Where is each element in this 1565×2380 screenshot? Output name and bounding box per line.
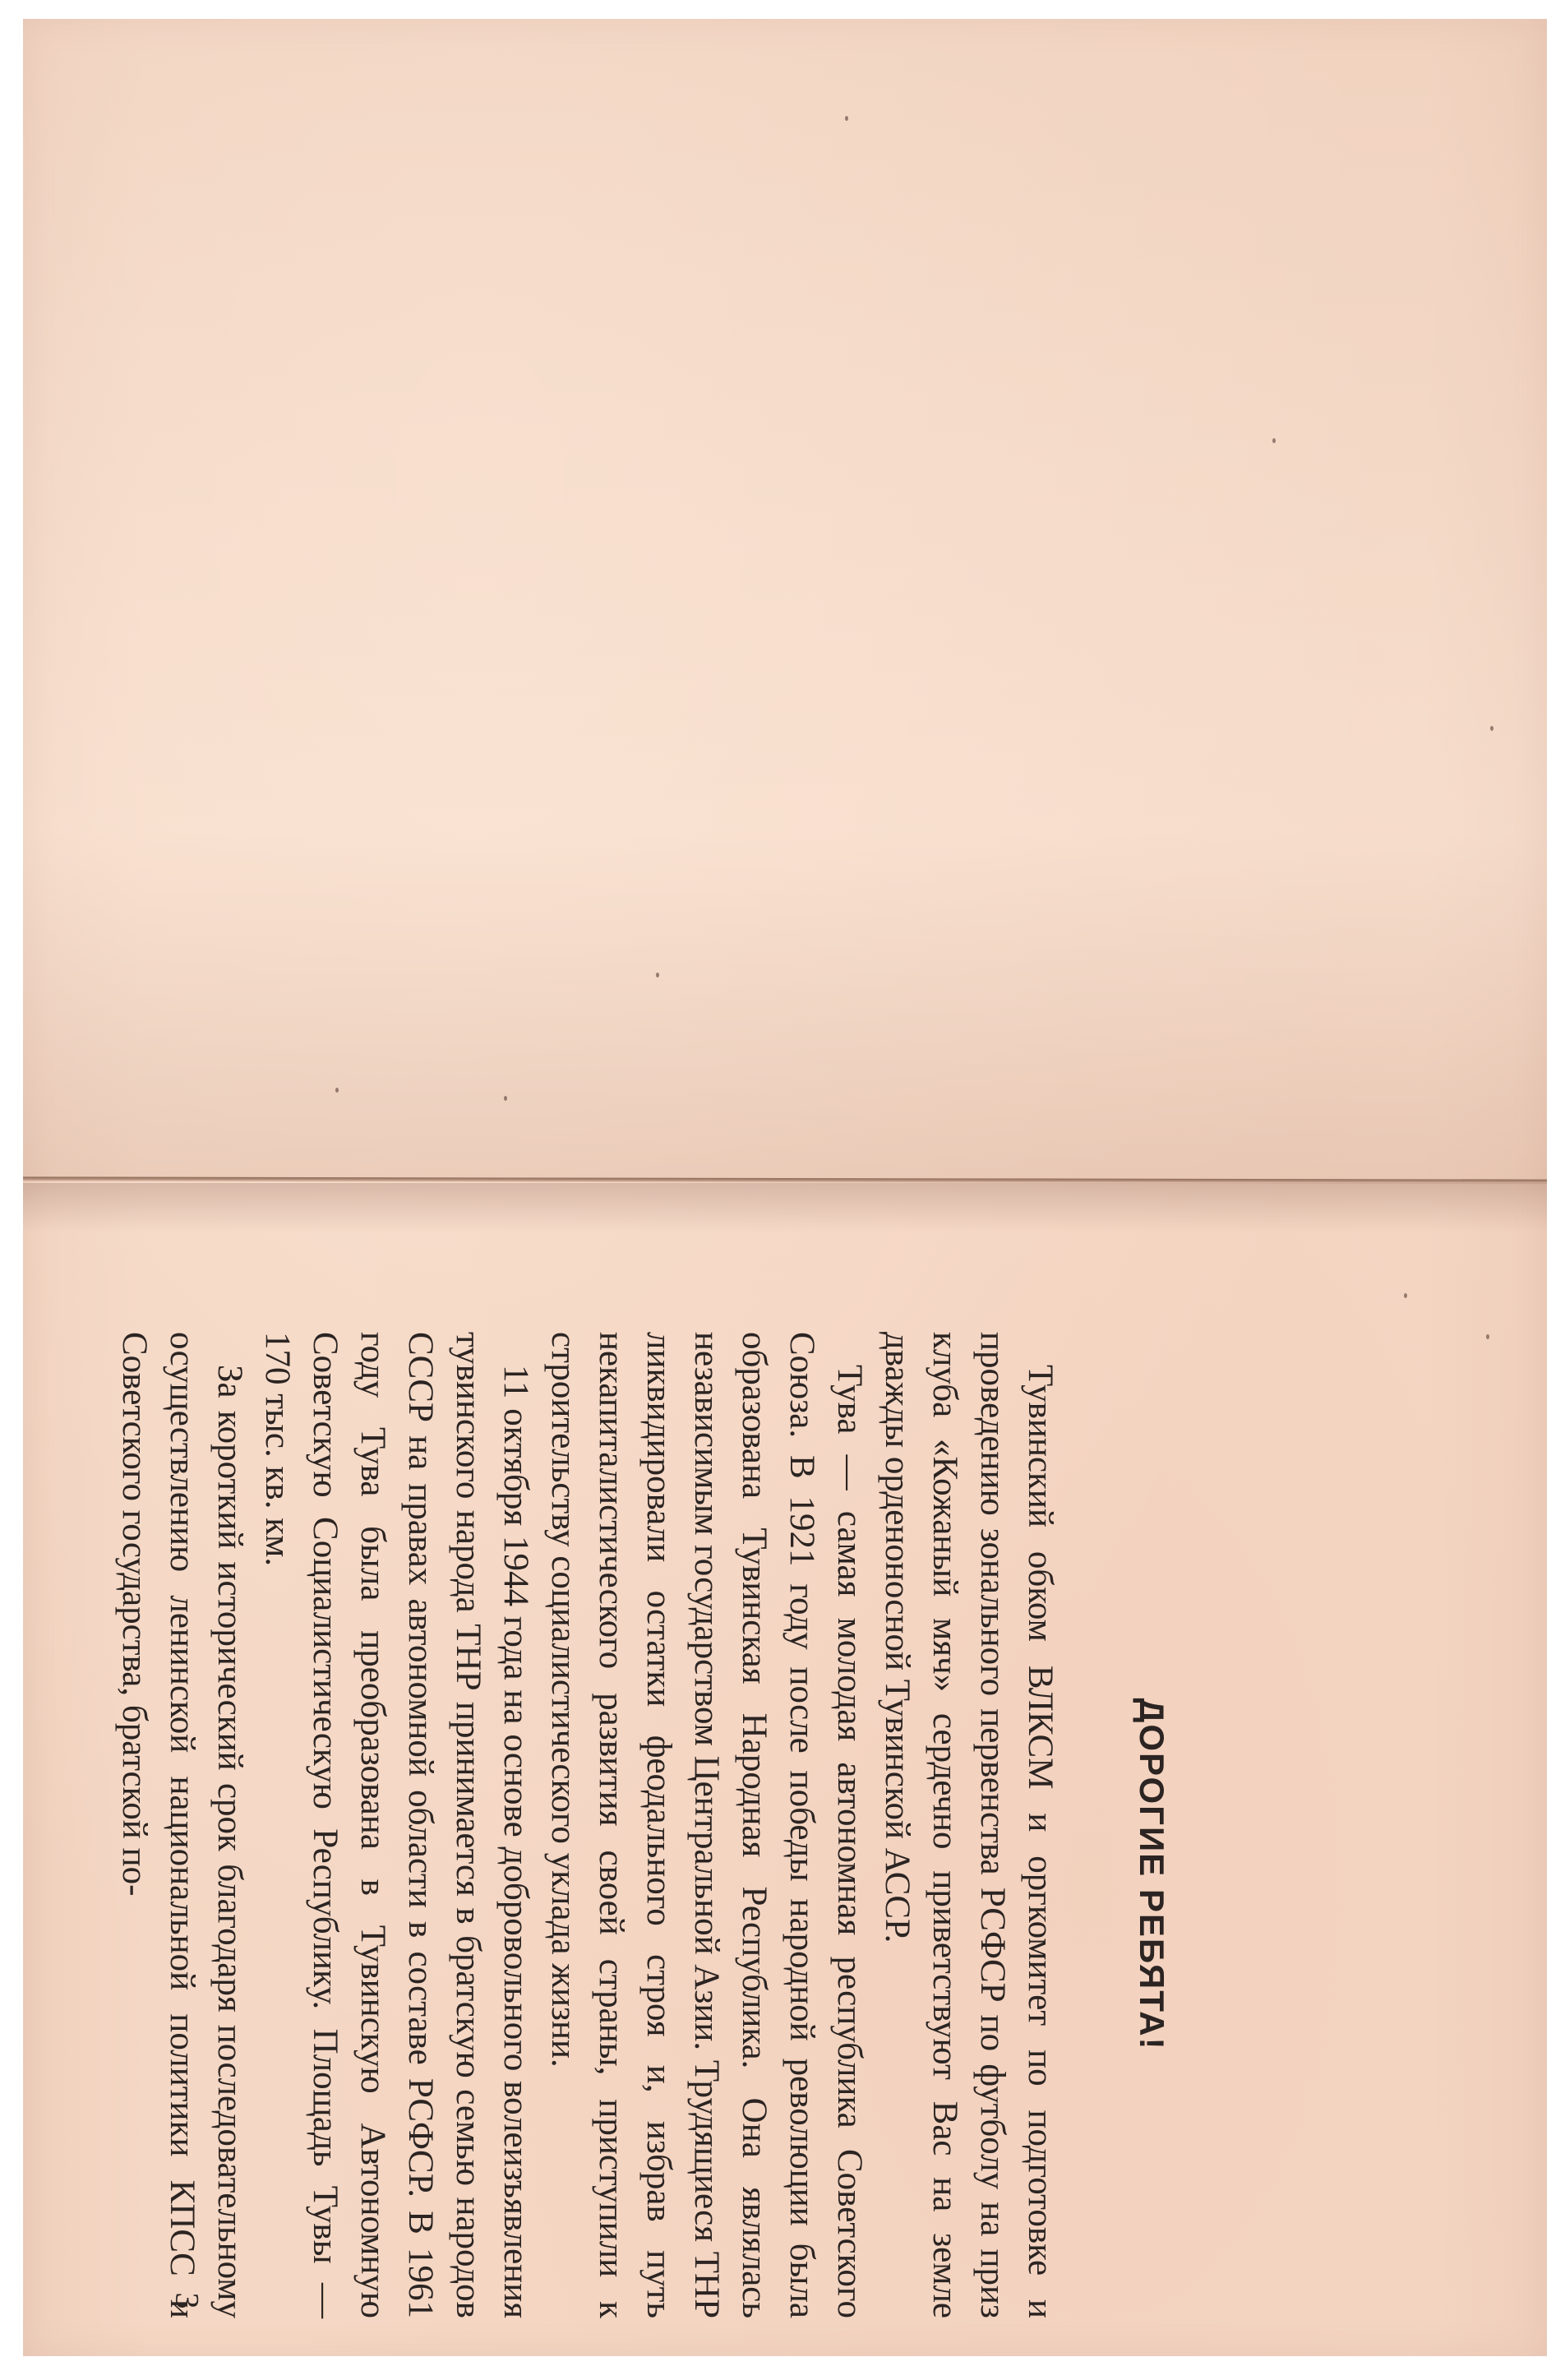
paper-speck [1404, 1293, 1407, 1298]
paper-speck [335, 1088, 339, 1093]
paper-speck [1486, 1334, 1489, 1339]
paper-speck [1272, 438, 1276, 443]
paragraph: За короткий исторический срок благодаря … [110, 1332, 253, 2318]
paragraph: Тува — самая молодая автономная республи… [539, 1332, 873, 2318]
page-text: ДОРОГИЕ РЕБЯТА! Тувинский обком ВЛКСМ и … [110, 1332, 1175, 2318]
blank-facing-page [23, 19, 1547, 1180]
paper-speck [656, 973, 659, 977]
fold-shadow [23, 1183, 1547, 1232]
paragraph: Тувинский обком ВЛКСМ и оргкомитет по по… [873, 1332, 1064, 2318]
paper-speck [504, 1096, 507, 1101]
page-heading: ДОРОГИЕ РЕБЯТА! [1128, 1332, 1175, 2318]
page-number: 3 [169, 2293, 207, 2309]
paper-speck [1490, 726, 1493, 731]
paper-speck [845, 116, 848, 121]
paragraph: 11 октября 1944 года на основе доброволь… [253, 1332, 539, 2318]
